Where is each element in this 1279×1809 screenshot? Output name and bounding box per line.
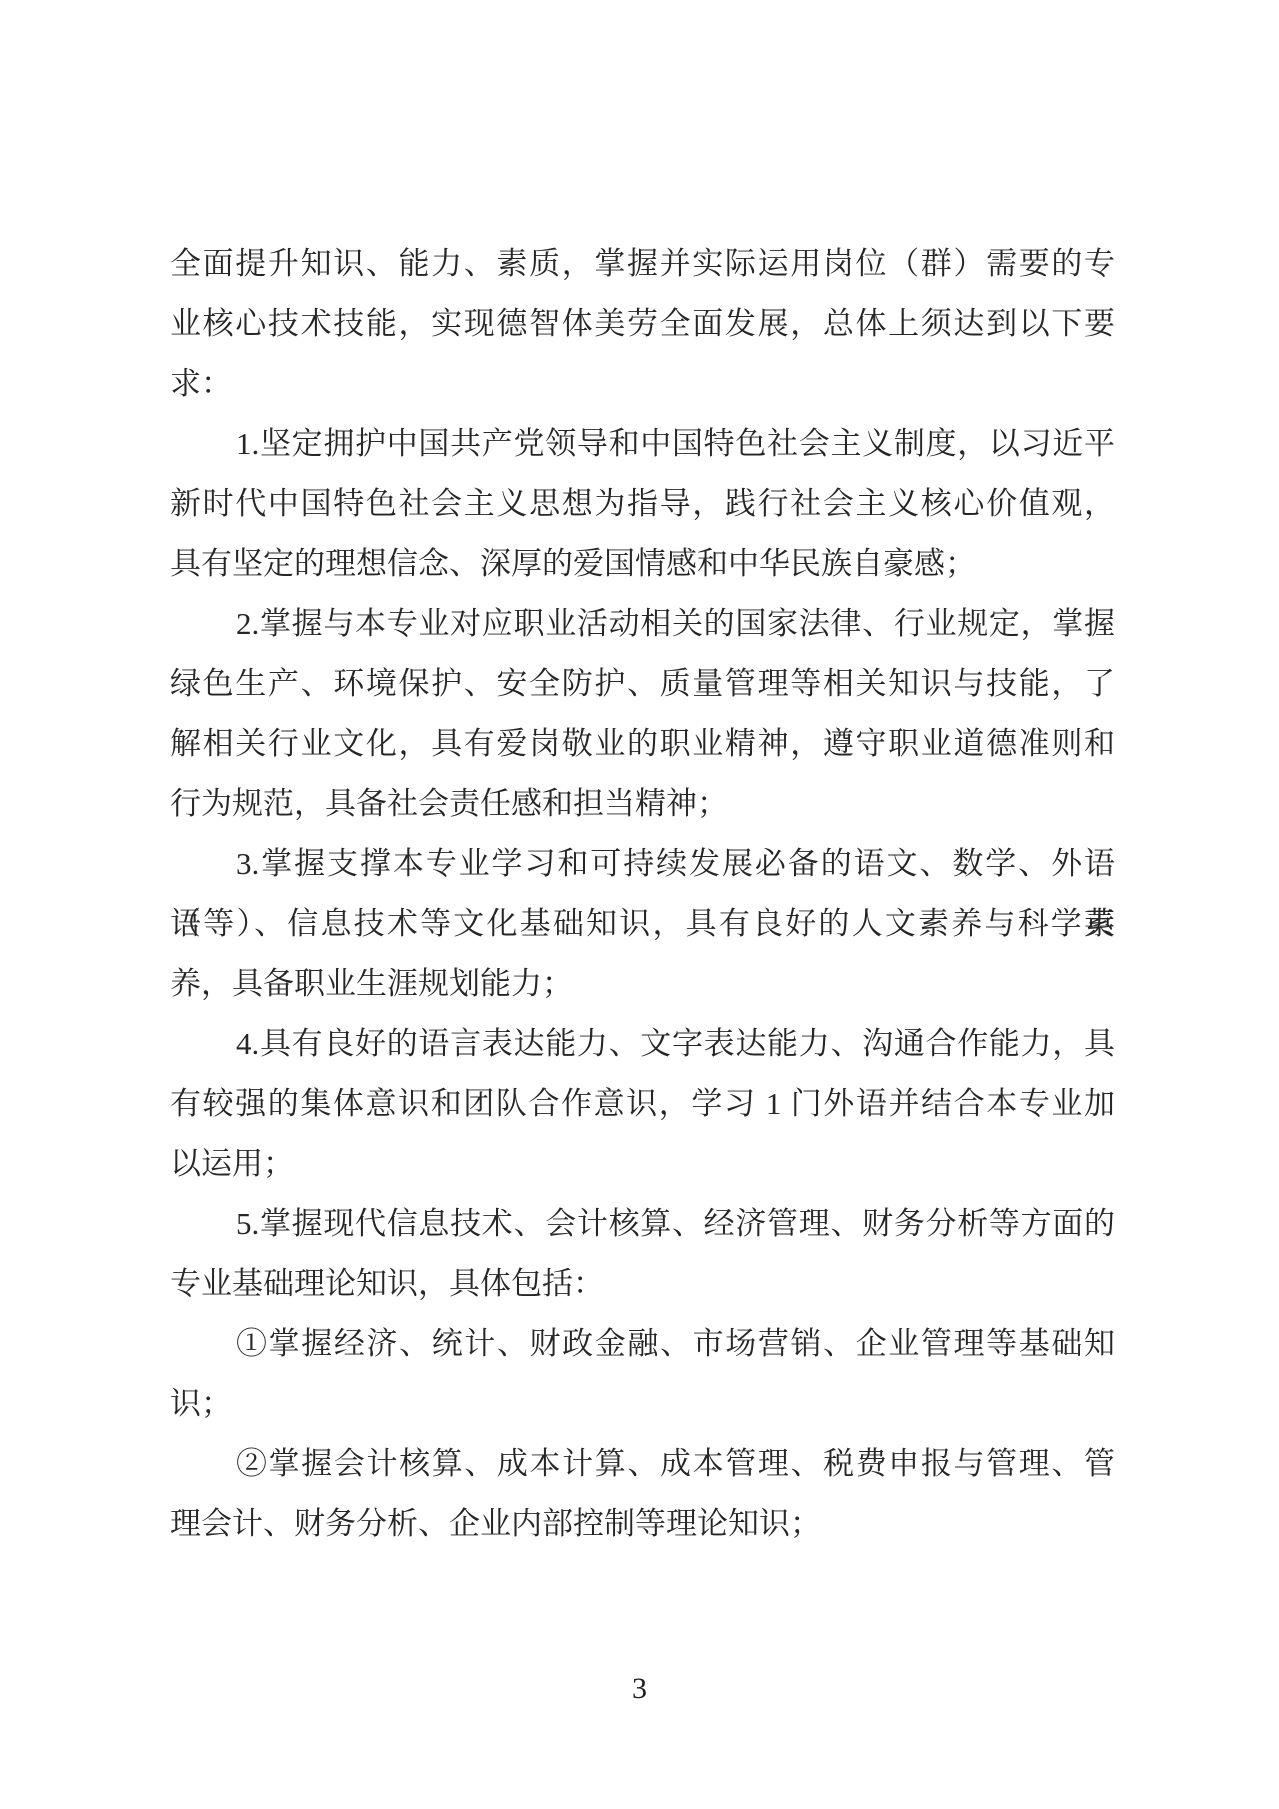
text-line: 养，具备职业生涯规划能力；: [170, 954, 1115, 1014]
text-line: ①掌握经济、统计、财政金融、市场营销、企业管理等基础知: [170, 1314, 1115, 1374]
text-line: 新时代中国特色社会主义思想为指导，践行社会主义核心价值观，: [170, 474, 1115, 534]
text-line: 全面提升知识、能力、素质，掌握并实际运用岗位（群）需要的专: [170, 234, 1115, 294]
text-line: 理会计、财务分析、企业内部控制等理论知识；: [170, 1494, 1115, 1554]
text-line: 识；: [170, 1374, 1115, 1434]
text-line: 行为规范，具备社会责任感和担当精神；: [170, 774, 1115, 834]
text-line: 具有坚定的理想信念、深厚的爱国情感和中华民族自豪感；: [170, 534, 1115, 594]
text-line: 2.掌握与本专业对应职业活动相关的国家法律、行业规定，掌握: [170, 594, 1115, 654]
text-line: 业核心技术技能，实现德智体美劳全面发展，总体上须达到以下要: [170, 294, 1115, 354]
text-line: 有较强的集体意识和团队合作意识，学习 1 门外语并结合本专业加: [170, 1074, 1115, 1134]
page-number: 3: [0, 1668, 1279, 1710]
text-line: 1.坚定拥护中国共产党领导和中国特色社会主义制度，以习近平: [170, 414, 1115, 474]
text-line: 专业基础理论知识，具体包括：: [170, 1254, 1115, 1314]
text-line: 5.掌握现代信息技术、会计核算、经济管理、财务分析等方面的: [170, 1194, 1115, 1254]
document-body: 全面提升知识、能力、素质，掌握并实际运用岗位（群）需要的专业核心技术技能，实现德…: [170, 234, 1115, 1554]
text-line: 4.具有良好的语言表达能力、文字表达能力、沟通合作能力，具: [170, 1014, 1115, 1074]
text-line: 绿色生产、环境保护、安全防护、质量管理等相关知识与技能，了: [170, 654, 1115, 714]
text-line: 解相关行业文化，具有爱岗敬业的职业精神，遵守职业道德准则和: [170, 714, 1115, 774]
text-line: 语等）、信息技术等文化基础知识，具有良好的人文素养与科学素: [170, 894, 1115, 954]
text-line: ②掌握会计核算、成本计算、成本管理、税费申报与管理、管: [170, 1434, 1115, 1494]
document-page: 全面提升知识、能力、素质，掌握并实际运用岗位（群）需要的专业核心技术技能，实现德…: [0, 0, 1279, 1809]
text-line: 求：: [170, 354, 1115, 414]
text-line: 以运用；: [170, 1134, 1115, 1194]
text-line: 3.掌握支撑本专业学习和可持续发展必备的语文、数学、外语（英: [170, 834, 1115, 894]
